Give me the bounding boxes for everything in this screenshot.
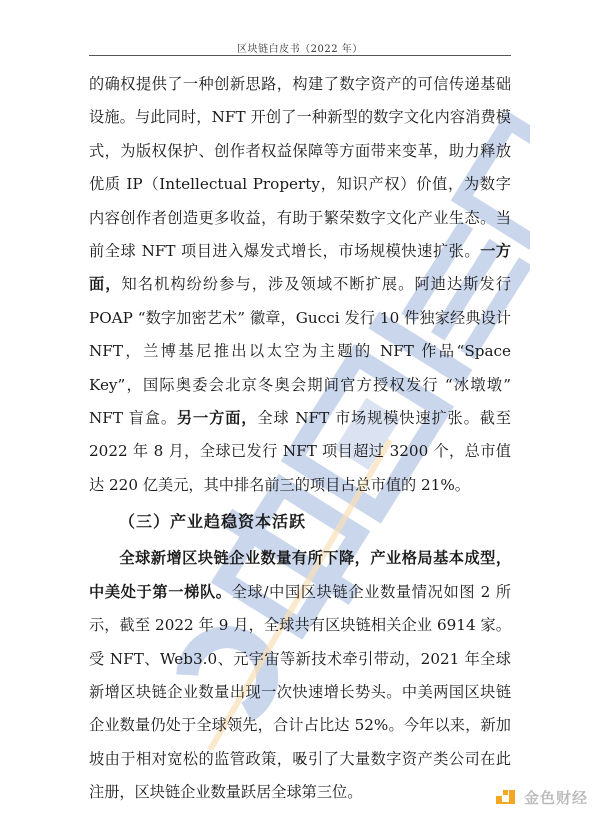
brand-name: 金色财经 xyxy=(524,787,588,808)
paragraph-industry: 全球新增区块链企业数量有所下降，产业格局基本成型，中美处于第一梯队。全球/中国区… xyxy=(89,542,511,809)
document-body: 的确权提供了一种创新思路，构建了数字资产的可信传递基础设施。与此同时，NFT 开… xyxy=(89,68,511,810)
paragraph-text: 的确权提供了一种创新思路，构建了数字资产的可信传递基础设施。与此同时，NFT 开… xyxy=(89,75,511,260)
paragraph-nft: 的确权提供了一种创新思路，构建了数字资产的可信传递基础设施。与此同时，NFT 开… xyxy=(89,68,511,502)
header-title: 区块链白皮书（2022 年） xyxy=(0,40,600,55)
section-heading: （三）产业趋稳资本活跃 xyxy=(89,502,511,542)
paragraph-text: 知名机构纷纷参与，涉及领域不断扩展。阿迪达斯发行 POAP “数字加密艺术” 徽… xyxy=(89,275,511,427)
paragraph-text: 全球/中国区块链企业数量情况如图 2 所示，截至 2022 年 9 月，全球共有… xyxy=(89,583,511,801)
bold-phrase: 另一方面， xyxy=(177,409,257,427)
header-divider xyxy=(89,55,511,56)
